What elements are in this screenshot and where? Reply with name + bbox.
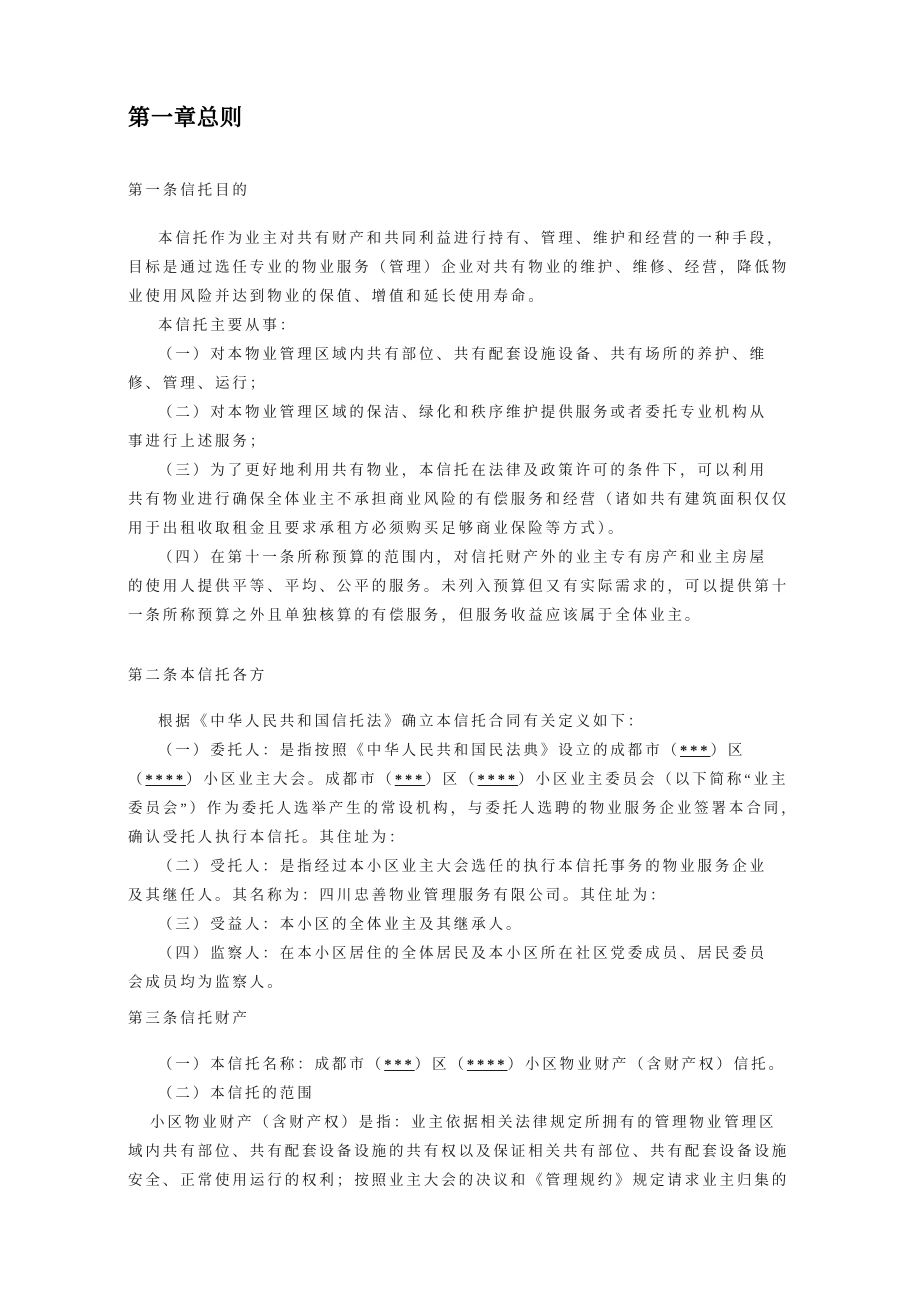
section-heading: 第二条本信托各方 [128, 662, 800, 691]
text-line: 及其继任人。其名称为：四川忠善物业管理服务有限公司。其住址为： [128, 882, 800, 911]
text-line: 一条所称预算之外且单独核算的有偿服务，但服务收益应该属于全体业主。 [128, 602, 800, 631]
text-line: 域内共有部位、共有配套设备设施的共有权以及保证相关共有部位、共有配套设备设施 [128, 1138, 800, 1167]
text-line: 本信托主要从事： [128, 312, 800, 341]
document-content: 第一章总则 第一条信托目的 本信托作为业主对共有财产和共同利益进行持有、管理、维… [0, 0, 800, 1196]
text-line: 委员会”）作为委托人选举产生的常设机构，与委托人选聘的物业服务企业签署本合同， [128, 795, 800, 824]
text-line: （二）对本物业管理区域的保洁、绿化和秩序维护提供服务或者委托专业机构从 [128, 399, 800, 428]
section-heading: 第一条信托目的 [128, 177, 800, 206]
text-line: 事进行上述服务； [128, 428, 800, 457]
text-line: （四）在第十一条所称预算的范围内，对信托财产外的业主专有房产和业主房屋 [128, 544, 800, 573]
redacted-asterisks: *** [395, 772, 425, 788]
text-line: （四）监察人：在本小区居住的全体居民及本小区所在社区党委成员、居民委员 [128, 940, 800, 969]
section-body: 根据《中华人民共和国信托法》确立本信托合同有关定义如下： （一）委托人：是指按照… [128, 708, 800, 998]
section-body: 本信托作为业主对共有财产和共同利益进行持有、管理、维护和经营的一种手段， 目标是… [128, 225, 800, 631]
chapter-title: 第一章总则 [128, 105, 800, 131]
text-line: 共有物业进行确保全体业主不承担商业风险的有偿服务和经营（诸如共有建筑面积仅仅 [128, 486, 800, 515]
text-line: （一）委托人：是指按照《中华人民共和国民法典》设立的成都市（***）区 [128, 737, 800, 766]
text-line: 小区物业财产（含财产权）是指：业主依据相关法律规定所拥有的管理物业管理区 [128, 1109, 800, 1138]
redacted-asterisks: **** [145, 772, 186, 788]
redacted-asterisks: **** [467, 1057, 508, 1073]
section-trust-property: 第三条信托财产 （一）本信托名称：成都市（***）区（****）小区物业财产（含… [128, 1005, 800, 1196]
section-heading: 第三条信托财产 [128, 1005, 800, 1034]
text-line: 用于出租收取租金且要求承租方必须购买足够商业保险等方式）。 [128, 515, 800, 544]
text-line: 修、管理、运行； [128, 370, 800, 399]
text-line: 确认受托人执行本信托。其住址为： [128, 824, 800, 853]
text-line: 业使用风险并达到物业的保值、增值和延长使用寿命。 [128, 283, 800, 312]
section-body: （一）本信托名称：成都市（***）区（****）小区物业财产（含财产权）信托。 … [128, 1051, 800, 1196]
text-line: （二）本信托的范围 [128, 1080, 800, 1109]
redacted-asterisks: *** [384, 1057, 414, 1073]
text-line: 根据《中华人民共和国信托法》确立本信托合同有关定义如下： [128, 708, 800, 737]
document-page: 第一章总则 第一条信托目的 本信托作为业主对共有财产和共同利益进行持有、管理、维… [0, 0, 920, 1301]
text-line: （二）受托人：是指经过本小区业主大会选任的执行本信托事务的物业服务企业 [128, 853, 800, 882]
text-line: 本信托作为业主对共有财产和共同利益进行持有、管理、维护和经营的一种手段， [128, 225, 800, 254]
text-line: 目标是通过选任专业的物业服务（管理）企业对共有物业的维护、维修、经营，降低物 [128, 254, 800, 283]
text-line: （一）本信托名称：成都市（***）区（****）小区物业财产（含财产权）信托。 [128, 1051, 800, 1080]
redacted-asterisks: **** [477, 772, 518, 788]
text-line: 会成员均为监察人。 [128, 969, 800, 998]
text-line: 的使用人提供平等、平均、公平的服务。未列入预算但又有实际需求的，可以提供第十 [128, 573, 800, 602]
section-trust-parties: 第二条本信托各方 根据《中华人民共和国信托法》确立本信托合同有关定义如下： （一… [128, 662, 800, 998]
section-trust-purpose: 第一条信托目的 本信托作为业主对共有财产和共同利益进行持有、管理、维护和经营的一… [128, 177, 800, 631]
redacted-asterisks: *** [680, 743, 710, 759]
text-line: （三）受益人：本小区的全体业主及其继承人。 [128, 911, 800, 940]
text-line: （****）小区业主大会。成都市（***）区（****）小区业主委员会（以下简称… [128, 766, 800, 795]
text-line: （三）为了更好地利用共有物业，本信托在法律及政策许可的条件下，可以利用 [128, 457, 800, 486]
text-line: 安全、正常使用运行的权利；按照业主大会的决议和《管理规约》规定请求业主归集的 [128, 1167, 800, 1196]
text-line: （一）对本物业管理区域内共有部位、共有配套设施设备、共有场所的养护、维 [128, 341, 800, 370]
